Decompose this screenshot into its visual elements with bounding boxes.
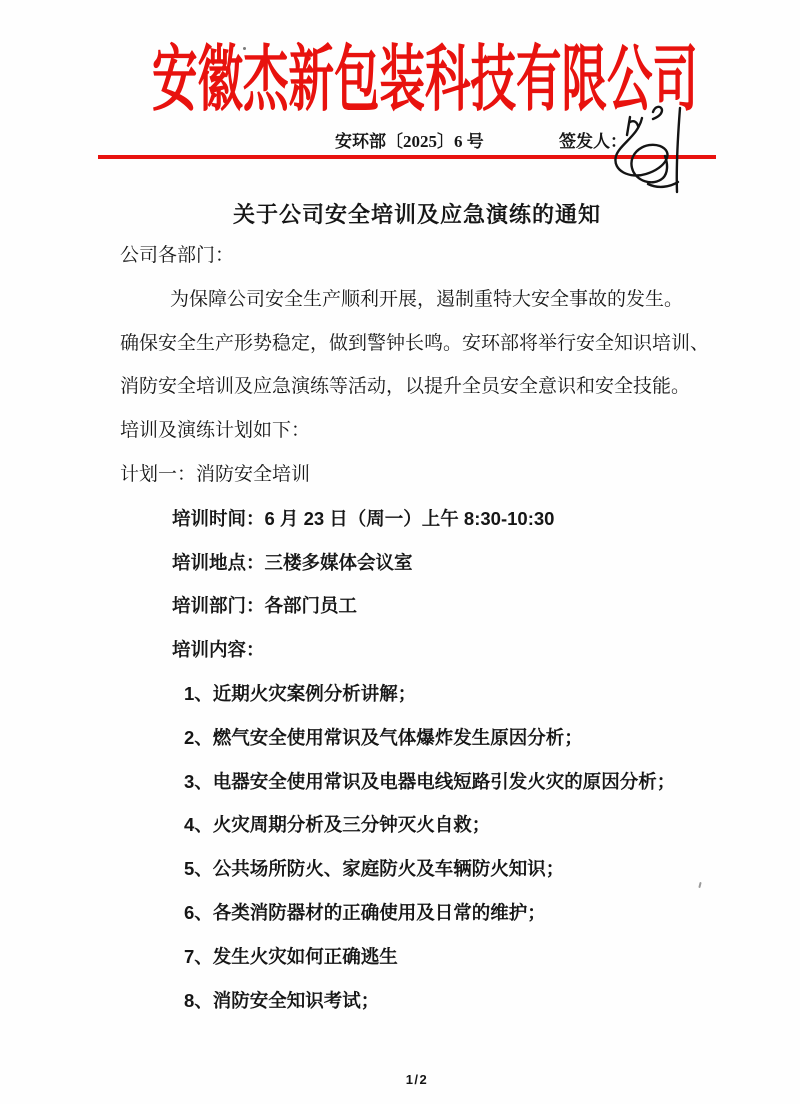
- body-line: 6、各类消防器材的正确使用及日常的维护；: [120, 891, 732, 935]
- body-line: 计划一：消防安全培训: [120, 453, 732, 497]
- notice-body: 公司各部门：为保障公司安全生产顺利开展，遏制重特大安全事故的发生。确保安全生产形…: [120, 234, 732, 1022]
- body-line: 确保安全生产形势稳定，做到警钟长鸣。安环部将举行安全知识培训、: [120, 322, 732, 366]
- body-line: 培训地点：三楼多媒体会议室: [120, 541, 732, 585]
- body-line: 为保障公司安全生产顺利开展，遏制重特大安全事故的发生。: [120, 278, 732, 322]
- scan-speck: [243, 47, 246, 50]
- body-line: 2、燃气安全使用常识及气体爆炸发生原因分析；: [120, 716, 732, 760]
- body-line: 培训内容：: [120, 628, 732, 672]
- body-line: 4、火灾周期分析及三分钟灭火自救；: [120, 803, 732, 847]
- body-line: 5、公共场所防火、家庭防火及车辆防火知识；: [120, 847, 732, 891]
- body-line: 7、发生火灾如何正确逃生: [120, 935, 732, 979]
- doc-number: 安环部〔2025〕6 号: [335, 131, 484, 153]
- body-line: 培训及演练计划如下：: [120, 409, 732, 453]
- page-number: 1/2: [120, 1071, 714, 1089]
- body-line: 1、近期火灾案例分析讲解；: [120, 672, 732, 716]
- body-line: 培训时间：6 月 23 日（周一）上午 8:30-10:30: [120, 497, 732, 541]
- body-line: 消防安全培训及应急演练等活动，以提升全员安全意识和安全技能。: [120, 365, 732, 409]
- document-page: 安徽杰新包装科技有限公司 安环部〔2025〕6 号 签发人： 关于公司安全培训及…: [0, 0, 800, 1104]
- body-line: 培训部门：各部门员工: [120, 584, 732, 628]
- body-line: 公司各部门：: [120, 234, 732, 278]
- handwritten-signature-icon: [596, 94, 716, 204]
- notice-title: 关于公司安全培训及应急演练的通知: [120, 200, 714, 230]
- body-line: 8、消防安全知识考试；: [120, 979, 732, 1023]
- body-line: 3、电器安全使用常识及电器电线短路引发火灾的原因分析；: [120, 760, 732, 804]
